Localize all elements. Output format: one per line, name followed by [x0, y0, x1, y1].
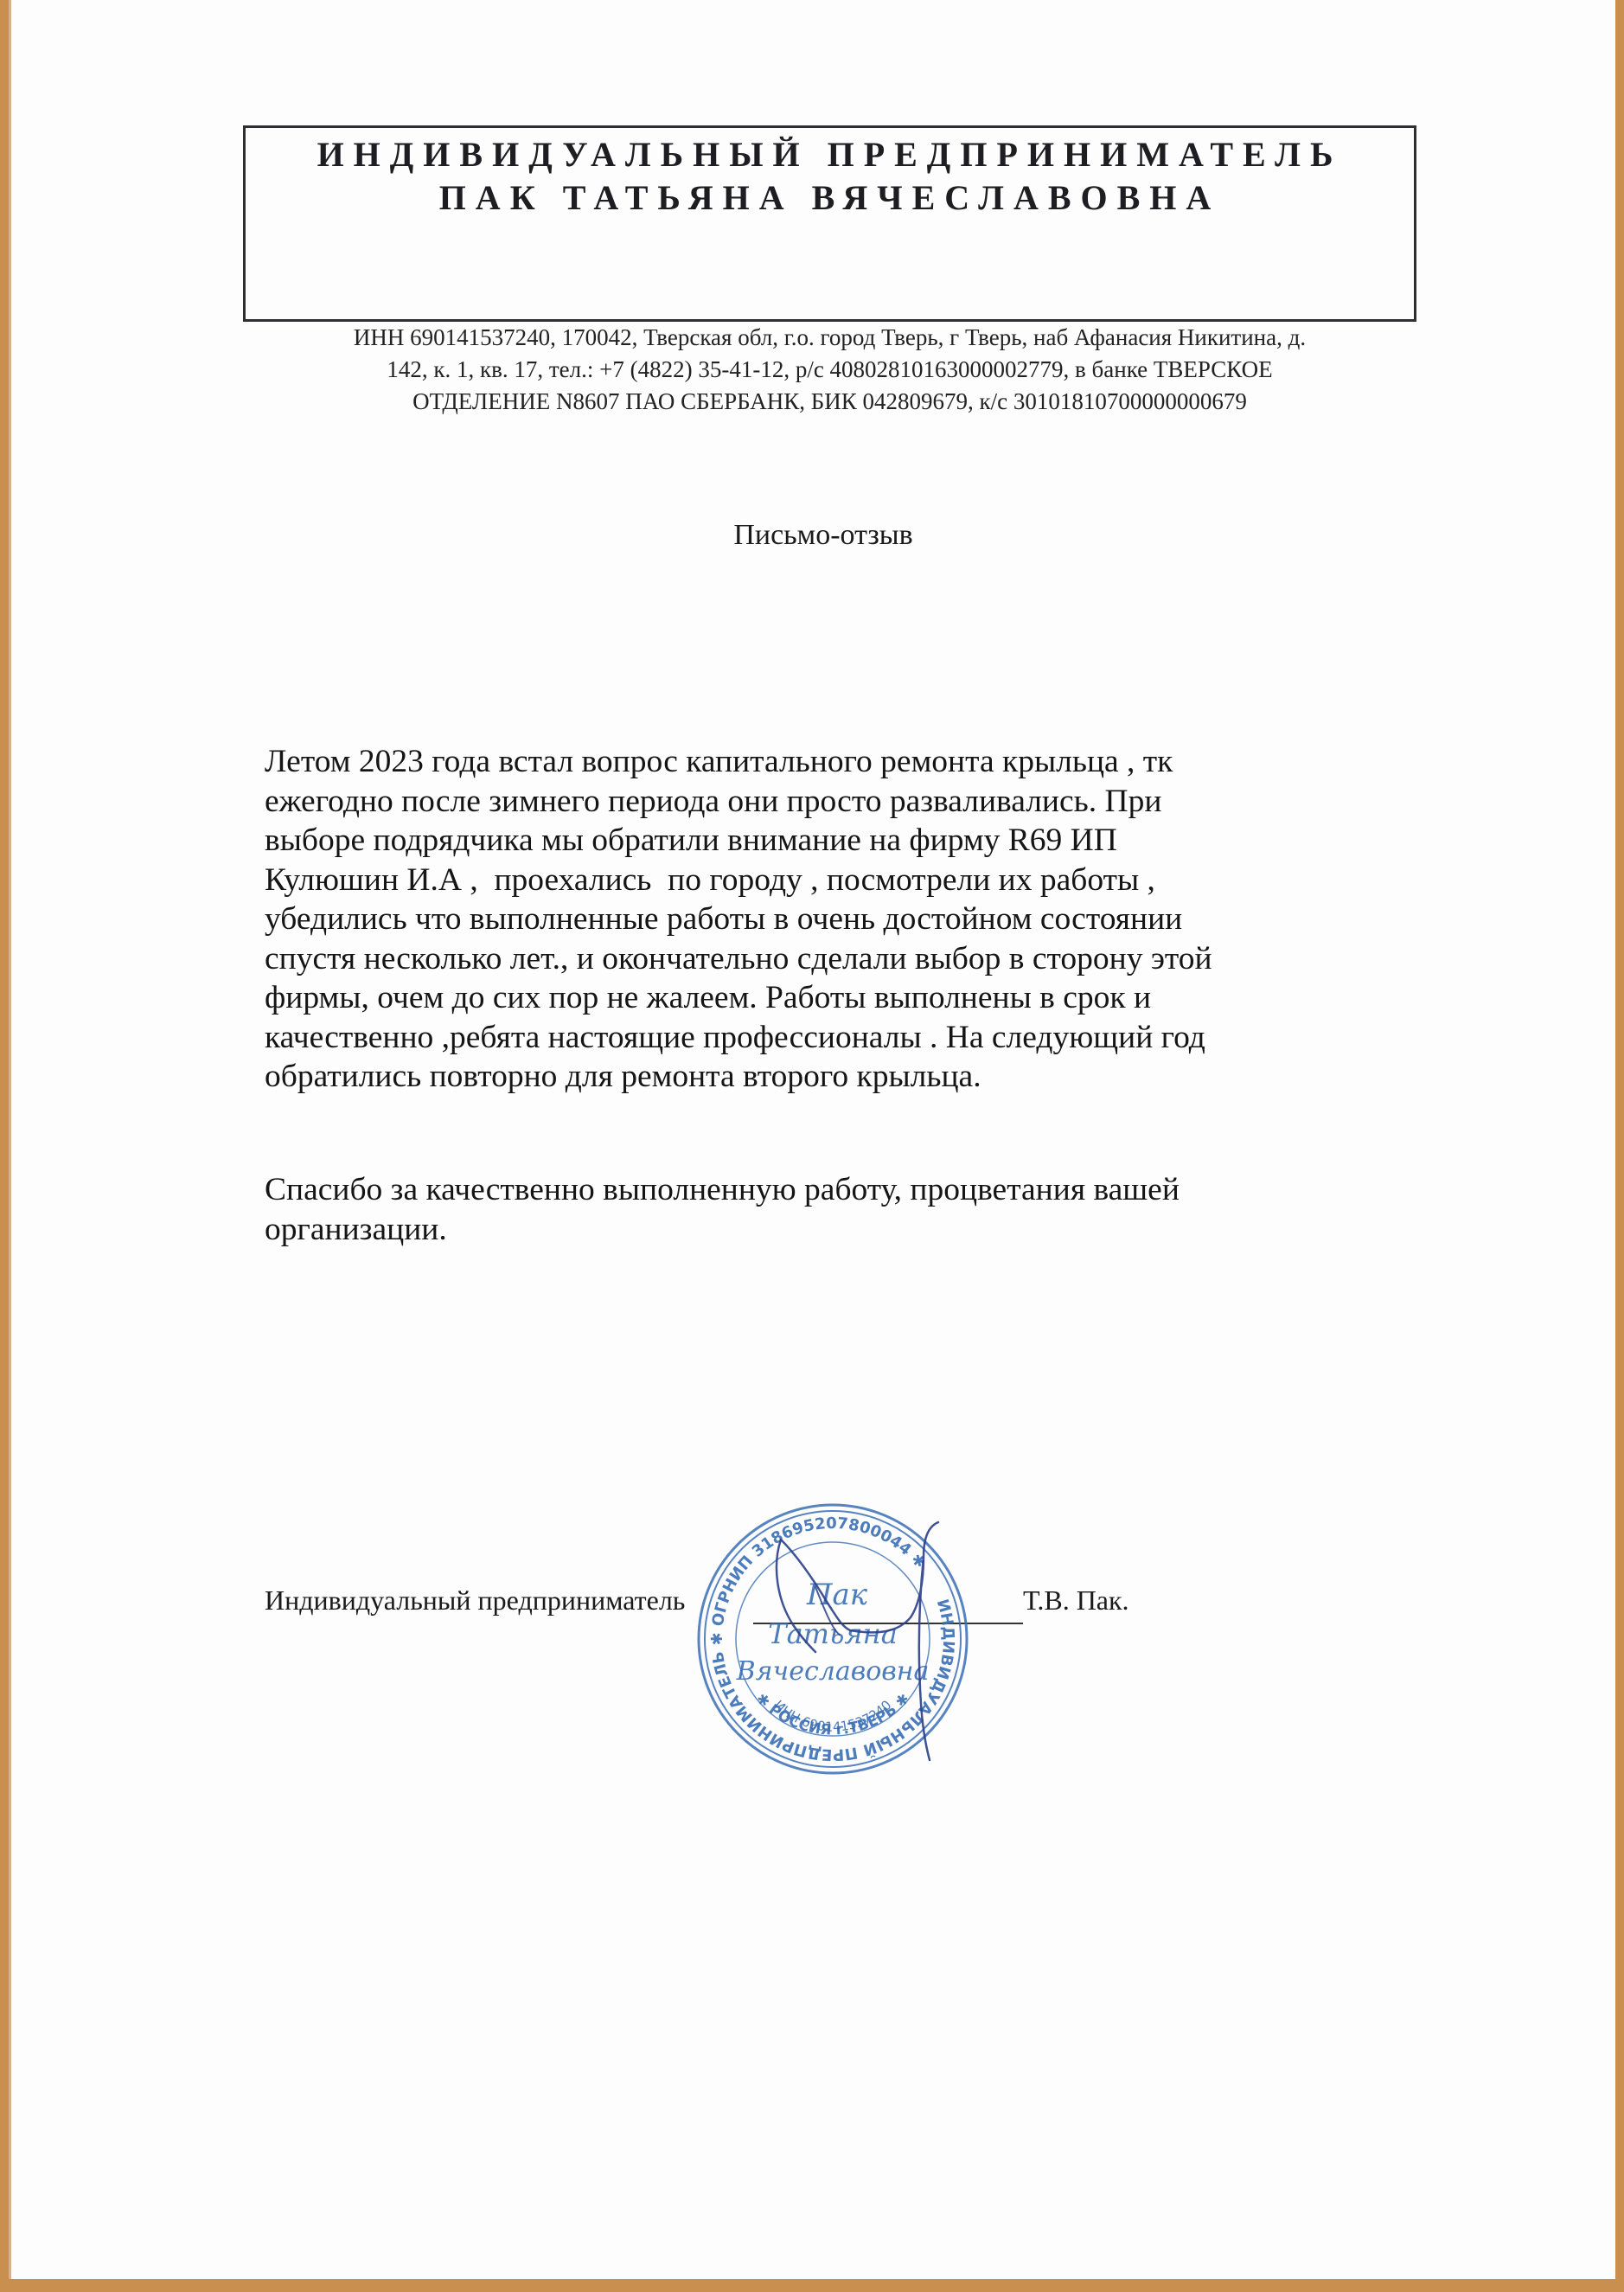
- document-page: ИНДИВИДУАЛЬНЫЙ ПРЕДПРИНИМАТЕЛЬ ПАК ТАТЬЯ…: [9, 0, 1615, 2279]
- paragraph-line: Кулюшин И.А , проехались по городу , пос…: [265, 861, 1432, 900]
- letterhead-owner-name: ПАК ТАТЬЯНА ВЯЧЕСЛАВОВНА: [246, 176, 1414, 220]
- paragraph-line: организации.: [265, 1210, 1432, 1250]
- requisites-line: ИНН 690141537240, 170042, Тверская обл, …: [243, 322, 1416, 354]
- paragraph-line: выборе подрядчика мы обратили внимание н…: [265, 821, 1432, 861]
- document-title: Письмо-отзыв: [11, 519, 1624, 552]
- letterhead-title: ИНДИВИДУАЛЬНЫЙ ПРЕДПРИНИМАТЕЛЬ: [246, 133, 1414, 176]
- paragraph-line: спустя несколько лет., и окончательно сд…: [265, 939, 1432, 979]
- paragraph-line: Спасибо за качественно выполненную работ…: [265, 1170, 1432, 1210]
- review-paragraph-2: Спасибо за качественно выполненную работ…: [265, 1170, 1432, 1249]
- paragraph-line: фирмы, очем до сих пор не жалеем. Работы…: [265, 978, 1432, 1018]
- signer-position: Индивидуальный предприниматель: [265, 1585, 685, 1617]
- handwritten-signature: [746, 1505, 971, 1764]
- review-paragraph-1: Летом 2023 года встал вопрос капитальног…: [265, 742, 1432, 1097]
- paragraph-line: обратились повторно для ремонта второго …: [265, 1057, 1432, 1097]
- requisites-line: 142, к. 1, кв. 17, тел.: +7 (4822) 35-41…: [243, 354, 1416, 386]
- paragraph-line: качественно ,ребята настоящие профессион…: [265, 1018, 1432, 1058]
- paragraph-line: убедились что выполненные работы в очень…: [265, 900, 1432, 939]
- requisites-line: ОТДЕЛЕНИЕ N8607 ПАО СБЕРБАНК, БИК 042809…: [243, 386, 1416, 418]
- signer-name: Т.В. Пак.: [1023, 1585, 1129, 1617]
- company-requisites: ИНН 690141537240, 170042, Тверская обл, …: [243, 322, 1416, 418]
- paragraph-line: ежегодно после зимнего периода они прост…: [265, 782, 1432, 822]
- paragraph-line: Летом 2023 года встал вопрос капитальног…: [265, 742, 1432, 782]
- letterhead-box: ИНДИВИДУАЛЬНЫЙ ПРЕДПРИНИМАТЕЛЬ ПАК ТАТЬЯ…: [243, 125, 1416, 322]
